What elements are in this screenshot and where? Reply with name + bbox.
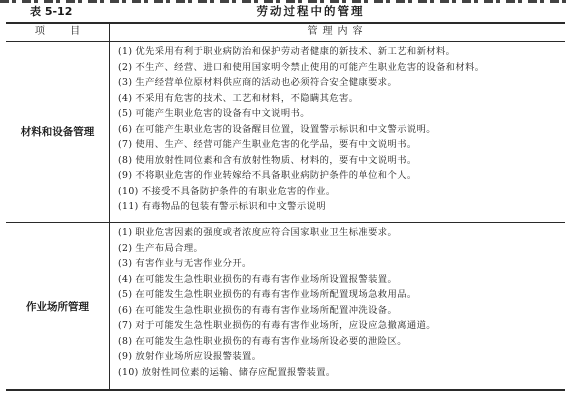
list-item: (7)使用、生产、经营可能产生职业危害的化学品，要有中文说明书。: [118, 137, 565, 153]
list-item: (3)生产经营单位原材料供应商的活动也必须符合安全健康要求。: [118, 75, 565, 91]
list-item: (4)不采用有危害的技术、工艺和材料，不隐瞒其危害。: [118, 91, 565, 107]
list-item: (3)有害作业与无害作业分开。: [118, 256, 565, 272]
list-item: (5)可能产生职业危害的设备有中文说明书。: [118, 106, 565, 122]
list-item: (9)不将职业危害的作业转嫁给不具备职业病防护条件的单位和个人。: [118, 168, 565, 184]
materials-equipment-list: (1)优先采用有利于职业病防治和保护劳动者健康的新技术、新工艺和新材料。 (2)…: [118, 44, 565, 215]
list-item: (5)在可能发生急性职业损伤的有毒有害作业场所配置现场急救用品。: [118, 287, 565, 303]
list-item: (6)在可能产生职业危害的设备醒目位置，设置警示标识和中文警示说明。: [118, 122, 565, 138]
list-item: (2)生产布局合理。: [118, 241, 565, 257]
header-item: 项 目: [6, 23, 109, 41]
list-item: (1)职业危害因素的强度或者浓度应符合国家职业卫生标准要求。: [118, 225, 565, 241]
column-divider: [109, 22, 110, 390]
list-item: (6)在可能发生急性职业损伤的有毒有害作业场所配置冲洗设备。: [118, 303, 565, 319]
management-table: 项 目 管理内容 材料和设备管理 (1)优先采用有利于职业病防治和保护劳动者健康…: [6, 22, 565, 391]
table-title: 劳动过程中的管理: [0, 3, 571, 19]
header-content: 管理内容: [110, 23, 565, 41]
header-rule: [6, 41, 565, 42]
list-item: (7)对于可能发生急性职业损伤的有毒有害作业场所，应设应急撤离通道。: [118, 318, 565, 334]
list-item: (8)使用放射性同位素和含有放射性物质、材料的，要有中文说明书。: [118, 153, 565, 169]
workplace-list: (1)职业危害因素的强度或者浓度应符合国家职业卫生标准要求。 (2)生产布局合理…: [118, 225, 565, 380]
category-materials-equipment: 材料和设备管理: [6, 124, 109, 139]
list-item: (11)有毒物品的包装有警示标识和中文警示说明: [118, 199, 565, 215]
list-item: (10)不接受不具备防护条件的有职业危害的作业。: [118, 184, 565, 200]
list-item: (2)不生产、经营、进口和使用国家明令禁止使用的可能产生职业危害的设备和材料。: [118, 60, 565, 76]
section-divider: [6, 222, 565, 223]
list-item: (4)在可能发生急性职业损伤的有毒有害作业场所设置报警装置。: [118, 272, 565, 288]
list-item: (10)放射性同位素的运输、储存应配置报警装置。: [118, 365, 565, 381]
list-item: (9)放射作业场所应设报警装置。: [118, 349, 565, 365]
table-bottom-rule: [6, 389, 565, 391]
list-item: (1)优先采用有利于职业病防治和保护劳动者健康的新技术、新工艺和新材料。: [118, 44, 565, 60]
category-workplace: 作业场所管理: [6, 299, 109, 314]
list-item: (8)在可能发生急性职业损伤的有毒有害作业场所设必要的泄险区。: [118, 334, 565, 350]
